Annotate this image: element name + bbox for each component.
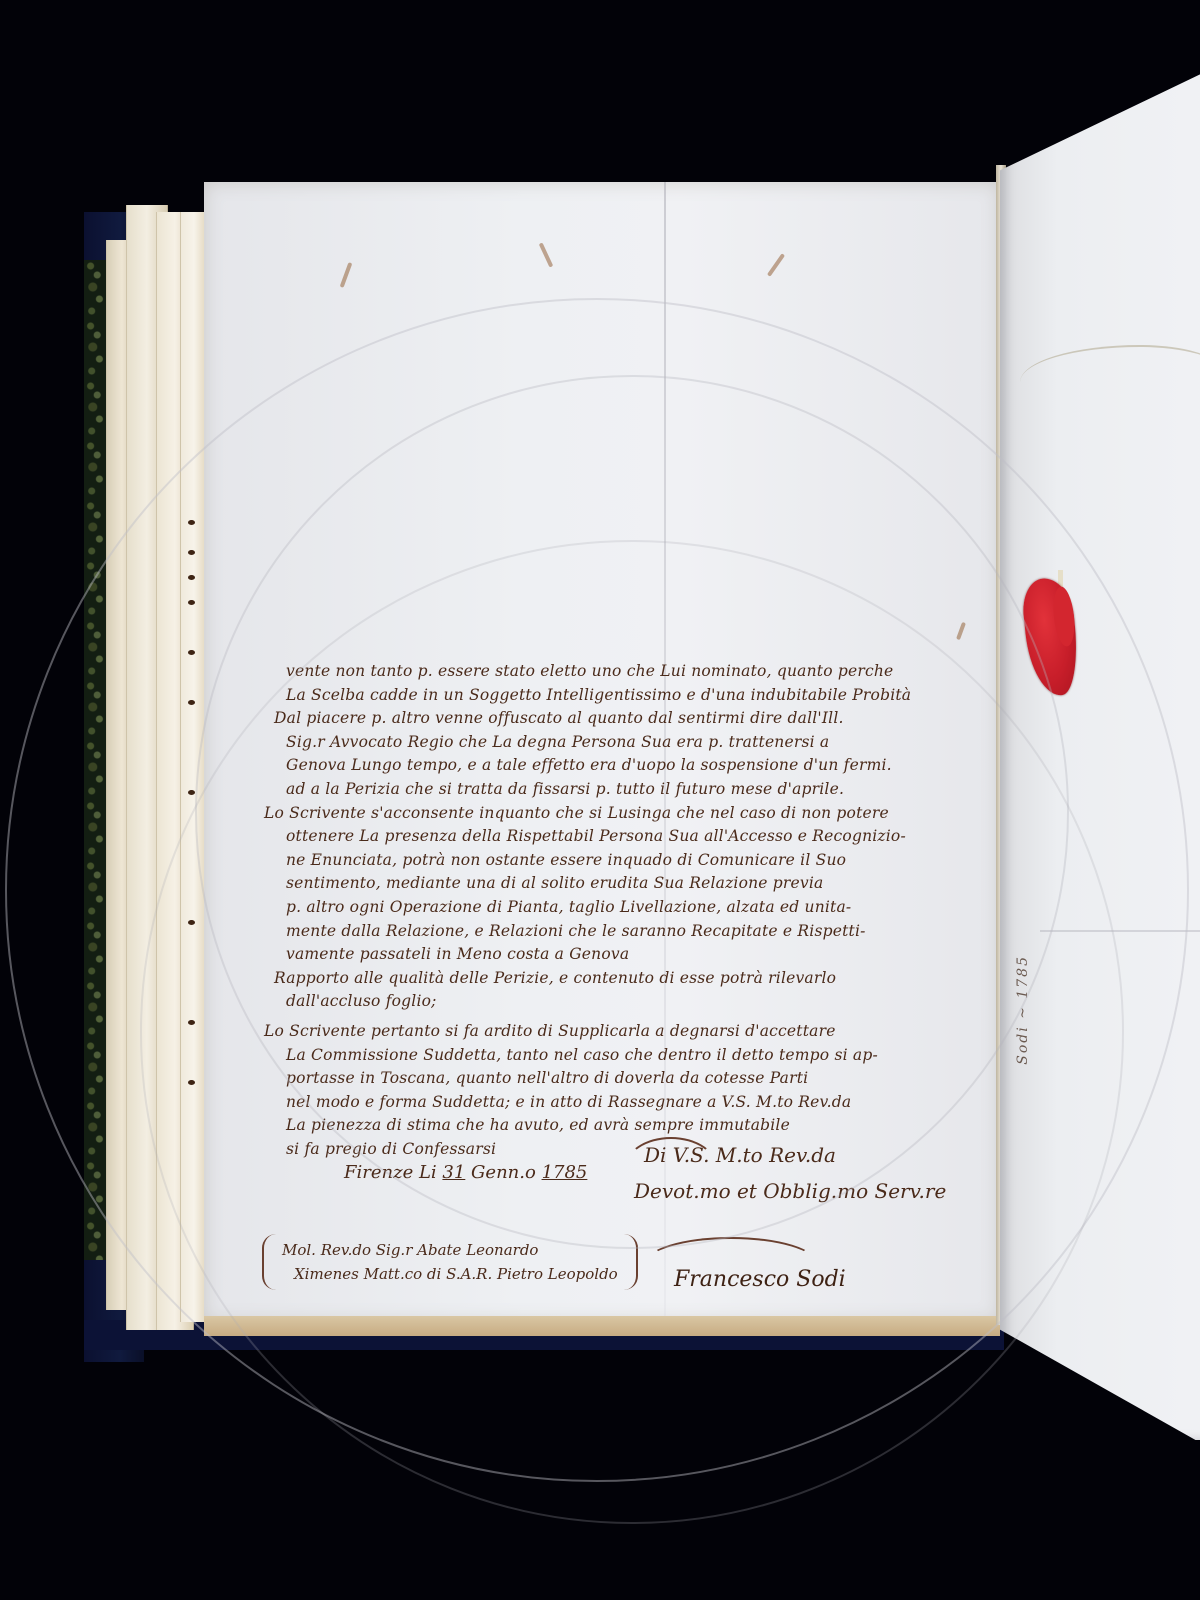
page-crease xyxy=(1040,930,1200,962)
letter-line: Dal piacere p. altro venne offuscato al … xyxy=(274,707,1004,731)
letter-line: ne Enunciata, potrà non ostante essere i… xyxy=(286,849,1004,873)
letter-line: ottenere La presenza della Rispettabil P… xyxy=(286,825,1004,849)
letter-line: La pienezza di stima che ha avuto, ed av… xyxy=(286,1114,1004,1138)
letter-line: vamente passateli in Meno costa a Genova xyxy=(286,943,1004,967)
date-year: 1785 xyxy=(542,1162,588,1183)
ink-stain xyxy=(956,622,966,640)
letter-date: Firenze Li 31 Genn.o 1785 xyxy=(344,1162,587,1183)
letter-line: p. altro ogni Operazione di Pianta, tagl… xyxy=(286,896,1004,920)
ink-bleed-marks xyxy=(186,500,200,1100)
letter-line: ad a la Perizia che si tratta da fissars… xyxy=(286,778,1004,802)
marbled-endpaper xyxy=(84,260,106,1260)
addressee-block: Mol. Rev.do Sig.r Abate Leonardo Ximenes… xyxy=(262,1234,638,1290)
date-day: 31 xyxy=(442,1162,465,1183)
letter-line: Lo Scrivente pertanto si fa ardito di Su… xyxy=(264,1020,1004,1044)
manuscript-photo: vente non tanto p. essere stato eletto u… xyxy=(0,0,1200,1600)
letter-line: La Scelba cadde in un Soggetto Intellige… xyxy=(286,684,1004,708)
letter-line: mente dalla Relazione, e Relazioni che l… xyxy=(286,920,1004,944)
right-page xyxy=(1000,60,1200,1440)
letter-line: dall'accluso foglio; xyxy=(286,990,1004,1014)
ink-stain xyxy=(767,253,785,277)
addressee-line-2: Ximenes Matt.co di S.A.R. Pietro Leopold… xyxy=(294,1262,618,1286)
ink-stain xyxy=(539,242,554,267)
letter-line: Rapporto alle qualità delle Perizie, e c… xyxy=(274,967,1004,991)
vertical-docket-note: Sodi ~ 1785 xyxy=(1015,955,1031,1065)
signature: Francesco Sodi xyxy=(674,1267,846,1292)
letter-line: La Commissione Suddetta, tanto nel caso … xyxy=(286,1044,1004,1068)
addressee-line-1: Mol. Rev.do Sig.r Abate Leonardo xyxy=(282,1238,618,1262)
letter-body: vente non tanto p. essere stato eletto u… xyxy=(274,660,1004,1161)
calligraphic-flourish xyxy=(624,1137,718,1201)
letter-line: Sig.r Avvocato Regio che La degna Person… xyxy=(286,731,1004,755)
page-bottom-edge xyxy=(204,1316,1000,1336)
letter-page: vente non tanto p. essere stato eletto u… xyxy=(204,182,1000,1322)
letter-line: portasse in Toscana, quanto nell'altro d… xyxy=(286,1067,1004,1091)
letter-line: nel modo e forma Suddetta; e in atto di … xyxy=(286,1091,1004,1115)
letter-line: sentimento, mediante una di al solito er… xyxy=(286,872,1004,896)
date-place: Firenze Li xyxy=(344,1162,437,1183)
letter-line: vente non tanto p. essere stato eletto u… xyxy=(286,660,1004,684)
letter-line: Lo Scrivente s'acconsente inquanto che s… xyxy=(264,802,1004,826)
date-month: Genn.o xyxy=(471,1162,536,1183)
letter-line: Genova Lungo tempo, e a tale effetto era… xyxy=(286,754,1004,778)
ink-stain xyxy=(340,262,353,288)
